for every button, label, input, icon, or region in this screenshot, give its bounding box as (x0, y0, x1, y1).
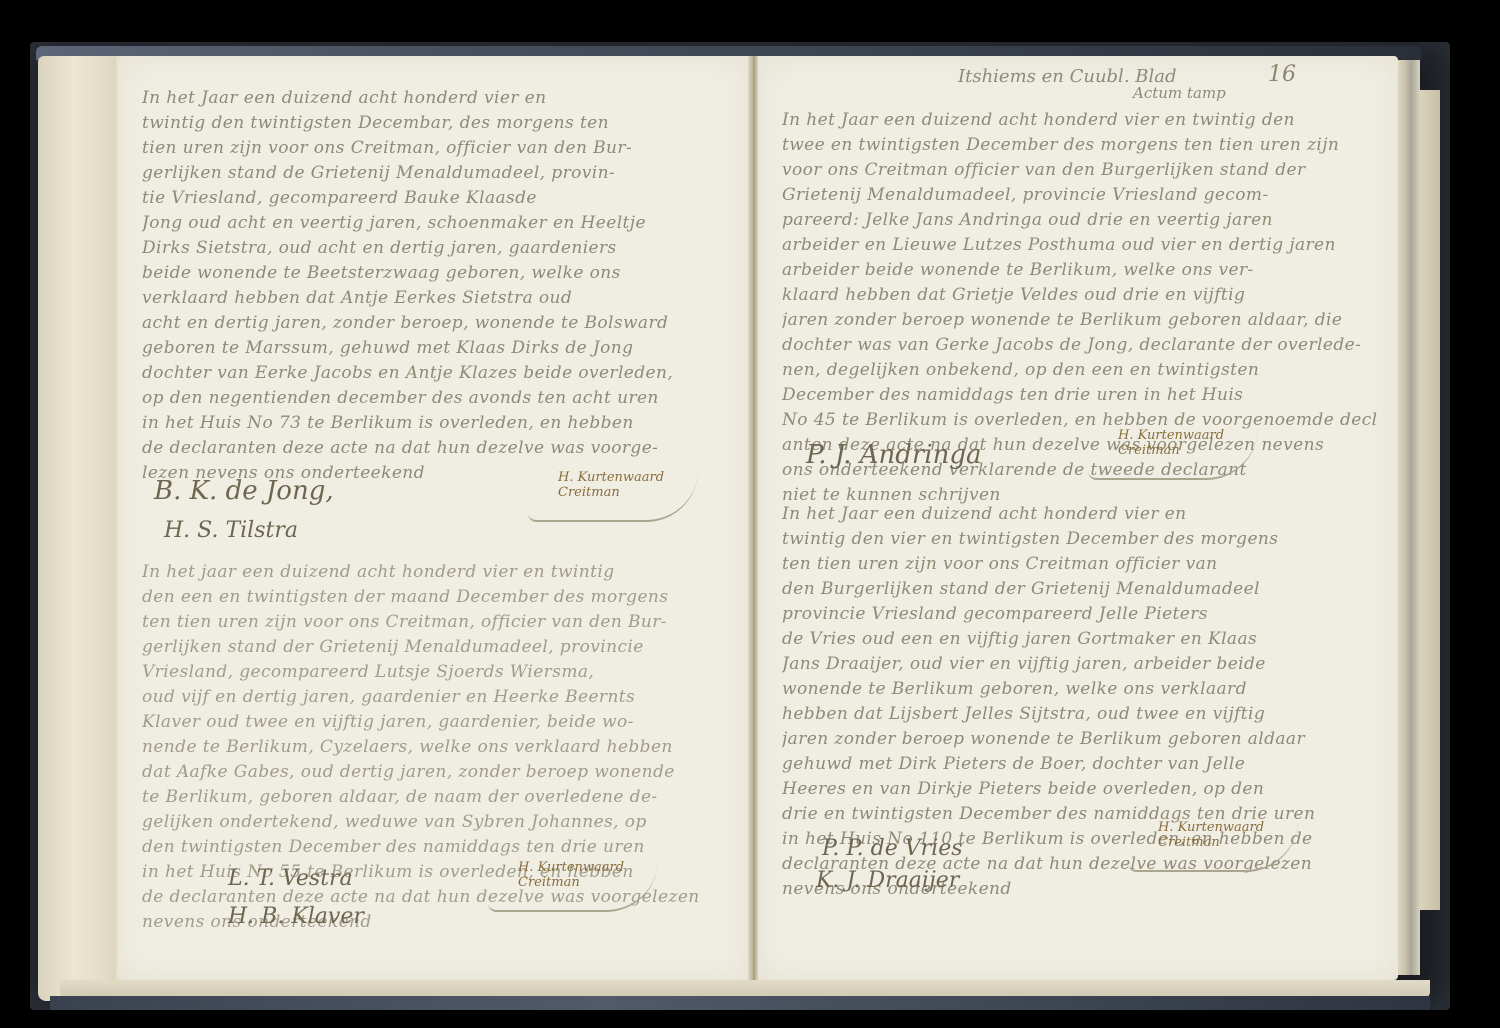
text-line: arbeider beide wonende te Berlikum, welk… (782, 258, 1378, 283)
text-line: tien uren zijn voor ons Creitman, offici… (142, 136, 730, 161)
left-entry-1: In het Jaar een duizend acht honderd vie… (142, 86, 730, 486)
text-line: de declaranten deze acte na dat hun deze… (142, 436, 730, 461)
text-line: verklaard hebben dat Antje Eerkes Sietst… (142, 286, 730, 311)
officer-paraph: H. Kurtenwaard Creitman (488, 860, 658, 912)
page-header-note-2: Actum tamp (1133, 84, 1226, 102)
text-line: gerlijken stand de Grietenij Menaldumade… (142, 161, 730, 186)
text-line: ten tien uren zijn voor ons Creitman, of… (142, 610, 730, 635)
text-line: hebben dat Lijsbert Jelles Sijtstra, oud… (782, 702, 1378, 727)
text-line: voor ons Creitman officier van den Burge… (782, 158, 1378, 183)
cover-edge-bottom (50, 996, 1430, 1010)
text-line: Grietenij Menaldumadeel, provincie Vries… (782, 183, 1378, 208)
text-line: In het jaar een duizend acht honderd vie… (142, 560, 730, 585)
text-line: Jong oud acht en veertig jaren, schoenma… (142, 211, 730, 236)
text-line: den twintigsten December des namiddags t… (142, 835, 730, 860)
text-line: dat Aafke Gabes, oud dertig jaren, zonde… (142, 760, 730, 785)
text-line: de Vries oud een en vijftig jaren Gortma… (782, 627, 1378, 652)
text-line: in het Huis No 73 te Berlikum is overled… (142, 411, 730, 436)
page-number: 16 (1268, 62, 1296, 87)
text-line: Vriesland, gecompareerd Lutsje Sjoerds W… (142, 660, 730, 685)
signature: K. J. Draaijer (816, 868, 959, 893)
left-page: In het Jaar een duizend acht honderd vie… (118, 56, 750, 980)
text-line: gelijken ondertekend, weduwe van Sybren … (142, 810, 730, 835)
text-line: Klaver oud twee en vijftig jaren, gaarde… (142, 710, 730, 735)
text-line: nen, degelijken onbekend, op den een en … (782, 358, 1378, 383)
text-line: tie Vriesland, gecompareerd Bauke Klaasd… (142, 186, 730, 211)
text-line: pareerd: Jelke Jans Andringa oud drie en… (782, 208, 1378, 233)
text-line: ten tien uren zijn voor ons Creitman off… (782, 552, 1378, 577)
text-line: Dirks Sietstra, oud acht en dertig jaren… (142, 236, 730, 261)
text-line: den een en twintigsten der maand Decembe… (142, 585, 730, 610)
text-line: No 45 te Berlikum is overleden, en hebbe… (782, 408, 1378, 433)
signature: P. P. de Vries (822, 836, 963, 861)
text-line: jaren zonder beroep wonende te Berlikum … (782, 727, 1378, 752)
text-line: arbeider en Lieuwe Lutzes Posthuma oud v… (782, 233, 1378, 258)
signature: B. K. de Jong, (154, 476, 334, 506)
signature: L. T. Vestra (228, 866, 353, 891)
page-stack-left (38, 56, 128, 1001)
officer-paraph: H. Kurtenwaard Creitman (1088, 428, 1258, 480)
text-line: dochter van Eerke Jacobs en Antje Klazes… (142, 361, 730, 386)
text-line: acht en dertig jaren, zonder beroep, won… (142, 311, 730, 336)
signature: H. B. Klaver (228, 904, 364, 929)
text-line: provincie Vriesland gecompareerd Jelle P… (782, 602, 1378, 627)
text-line: den Burgerlijken stand der Grietenij Men… (782, 577, 1378, 602)
loose-sheet-right (1418, 90, 1440, 910)
text-line: geboren te Marssum, gehuwd met Klaas Dir… (142, 336, 730, 361)
text-line: gerlijken stand der Grietenij Menaldumad… (142, 635, 730, 660)
text-line: oud vijf en dertig jaren, gaardenier en … (142, 685, 730, 710)
text-line: gehuwd met Dirk Pieters de Boer, dochter… (782, 752, 1378, 777)
text-line: dochter was van Gerke Jacobs de Jong, de… (782, 333, 1378, 358)
text-line: klaard hebben dat Grietje Veldes oud dri… (782, 283, 1378, 308)
text-line: twintig den vier en twintigsten December… (782, 527, 1378, 552)
text-line: December des namiddags ten drie uren in … (782, 383, 1378, 408)
text-line: op den negentienden december des avonds … (142, 386, 730, 411)
signature: P. J. Andringa (806, 440, 982, 470)
officer-paraph: H. Kurtenwaard Creitman (528, 470, 698, 522)
signature: H. S. Tilstra (164, 518, 298, 543)
text-line: Jans Draaijer, oud vier en vijftig jaren… (782, 652, 1378, 677)
text-line: jaren zonder beroep wonende te Berlikum … (782, 308, 1378, 333)
right-page: Itshiems en Cuubl. Blad Actum tamp 16 In… (758, 56, 1398, 980)
officer-paraph: H. Kurtenwaard Creitman (1128, 820, 1298, 872)
text-line: twee en twintigsten December des morgens… (782, 133, 1378, 158)
text-line: te Berlikum, geboren aldaar, de naam der… (142, 785, 730, 810)
text-line: beide wonende te Beetsterzwaag geboren, … (142, 261, 730, 286)
text-line: wonende te Berlikum geboren, welke ons v… (782, 677, 1378, 702)
text-line: nende te Berlikum, Cyzelaers, welke ons … (142, 735, 730, 760)
text-line: twintig den twintigsten Decembar, des mo… (142, 111, 730, 136)
text-line: Heeres en van Dirkje Pieters beide overl… (782, 777, 1378, 802)
text-line: In het Jaar een duizend acht honderd vie… (142, 86, 730, 111)
text-line: In het Jaar een duizend acht honderd vie… (782, 108, 1378, 133)
text-line: In het Jaar een duizend acht honderd vie… (782, 502, 1378, 527)
